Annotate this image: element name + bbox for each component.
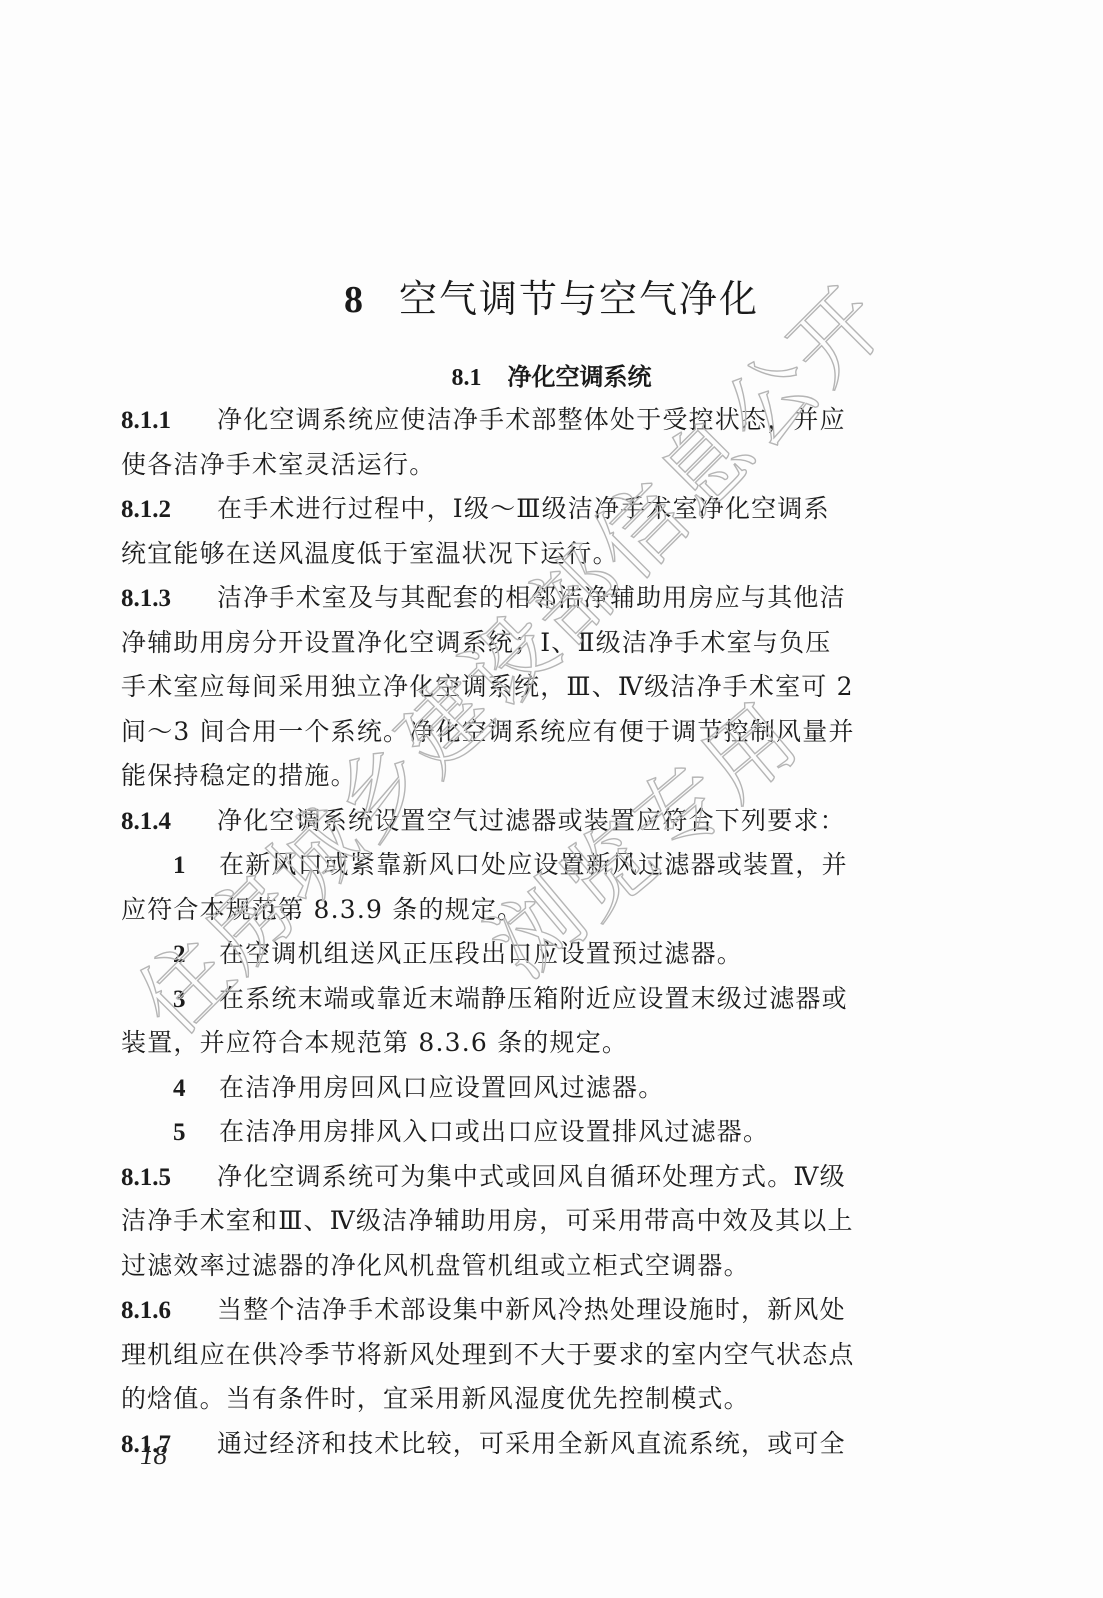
clause-8-1-3-line: 8.1.3洁净手术室及与其配套的相邻洁净辅助用房应与其他洁 — [121, 576, 921, 621]
text-line: 的焓值。当有条件时，宜采用新风湿度优先控制模式。 — [121, 1377, 921, 1422]
line-text: 统宜能够在送风温度低于室温状况下运行。 — [121, 539, 619, 568]
clause-number: 8.1.3 — [121, 577, 217, 622]
text-line: 手术室应每间采用独立净化空调系统，Ⅲ、Ⅳ级洁净手术室可 2 — [121, 665, 921, 710]
text-line: 使各洁净手术室灵活运行。 — [121, 443, 921, 488]
clause-number: 8.1.1 — [121, 399, 217, 444]
clause-8-1-1-line: 8.1.1净化空调系统应使洁净手术部整体处于受控状态，并应 — [121, 398, 921, 443]
chapter-title: 8空气调节与空气净化 — [0, 268, 1103, 323]
page-number: 18 — [140, 1440, 167, 1471]
item-number: 4 — [173, 1067, 219, 1112]
item-number: 2 — [173, 933, 219, 978]
line-text: 在系统末端或靠近末端静压箱附近应设置末级过滤器或 — [219, 984, 848, 1013]
line-text: 在洁净用房排风入口或出口应设置排风过滤器。 — [219, 1117, 769, 1146]
list-item-3: 3在系统末端或靠近末端静压箱附近应设置末级过滤器或 — [121, 977, 921, 1022]
line-text: 能保持稳定的措施。 — [121, 761, 357, 790]
line-text: 在手术进行过程中，Ⅰ级～Ⅲ级洁净手术室净化空调系 — [217, 494, 830, 523]
clause-number: 8.1.4 — [121, 800, 217, 845]
document-page: 8空气调节与空气净化 8.1净化空调系统 8.1.1净化空调系统应使洁净手术部整… — [0, 0, 1103, 1598]
text-line: 洁净手术室和Ⅲ、Ⅳ级洁净辅助用房，可采用带高中效及其以上 — [121, 1199, 921, 1244]
text-line: 能保持稳定的措施。 — [121, 754, 921, 799]
item-number: 3 — [173, 978, 219, 1023]
line-text: 通过经济和技术比较，可采用全新风直流系统，或可全 — [217, 1429, 846, 1458]
section-title: 8.1净化空调系统 — [0, 357, 1103, 392]
line-text: 的焓值。当有条件时，宜采用新风湿度优先控制模式。 — [121, 1384, 750, 1413]
line-text: 在新风口或紧靠新风口处应设置新风过滤器或装置，并 — [219, 850, 848, 879]
text-line: 理机组应在供冷季节将新风处理到不大于要求的室内空气状态点 — [121, 1333, 921, 1378]
line-text: 使各洁净手术室灵活运行。 — [121, 450, 435, 479]
clause-8-1-6-line: 8.1.6当整个洁净手术部设集中新风冷热处理设施时，新风处 — [121, 1288, 921, 1333]
list-item-1: 1在新风口或紧靠新风口处应设置新风过滤器或装置，并 — [121, 843, 921, 888]
line-text: 在洁净用房回风口应设置回风过滤器。 — [219, 1073, 664, 1102]
text-line: 应符合本规范第 8.3.9 条的规定。 — [121, 888, 921, 933]
body-text: 8.1.1净化空调系统应使洁净手术部整体处于受控状态，并应 使各洁净手术室灵活运… — [121, 398, 921, 1466]
line-text: 装置，并应符合本规范第 8.3.6 条的规定。 — [121, 1028, 628, 1057]
line-text: 手术室应每间采用独立净化空调系统，Ⅲ、Ⅳ级洁净手术室可 2 — [121, 672, 854, 701]
line-text: 间～3 间合用一个系统。净化空调系统应有便于调节控制风量并 — [121, 717, 855, 746]
clause-8-1-2-line: 8.1.2在手术进行过程中，Ⅰ级～Ⅲ级洁净手术室净化空调系 — [121, 487, 921, 532]
list-item-2: 2在空调机组送风正压段出口应设置预过滤器。 — [121, 932, 921, 977]
clause-8-1-4-line: 8.1.4净化空调系统设置空气过滤器或装置应符合下列要求： — [121, 799, 921, 844]
line-text: 洁净手术室和Ⅲ、Ⅳ级洁净辅助用房，可采用带高中效及其以上 — [121, 1206, 854, 1235]
chapter-title-text: 空气调节与空气净化 — [399, 277, 759, 321]
clause-8-1-5-line: 8.1.5净化空调系统可为集中式或回风自循环处理方式。Ⅳ级 — [121, 1155, 921, 1200]
item-number: 1 — [173, 844, 219, 889]
line-text: 洁净手术室及与其配套的相邻洁净辅助用房应与其他洁 — [217, 583, 846, 612]
line-text: 过滤效率过滤器的净化风机盘管机组或立柜式空调器。 — [121, 1251, 750, 1280]
list-item-5: 5在洁净用房排风入口或出口应设置排风过滤器。 — [121, 1110, 921, 1155]
text-line: 间～3 间合用一个系统。净化空调系统应有便于调节控制风量并 — [121, 710, 921, 755]
line-text: 净化空调系统应使洁净手术部整体处于受控状态，并应 — [217, 405, 846, 434]
text-line: 过滤效率过滤器的净化风机盘管机组或立柜式空调器。 — [121, 1244, 921, 1289]
line-text: 净辅助用房分开设置净化空调系统；Ⅰ、Ⅱ级洁净手术室与负压 — [121, 628, 831, 657]
text-line: 统宜能够在送风温度低于室温状况下运行。 — [121, 532, 921, 577]
line-text: 净化空调系统可为集中式或回风自循环处理方式。Ⅳ级 — [217, 1162, 846, 1191]
line-text: 净化空调系统设置空气过滤器或装置应符合下列要求： — [217, 806, 846, 835]
clause-8-1-7-line: 8.1.7通过经济和技术比较，可采用全新风直流系统，或可全 — [121, 1422, 921, 1467]
text-line: 装置，并应符合本规范第 8.3.6 条的规定。 — [121, 1021, 921, 1066]
clause-number: 8.1.2 — [121, 488, 217, 533]
section-number: 8.1 — [452, 365, 482, 391]
clause-number: 8.1.6 — [121, 1289, 217, 1334]
list-item-4: 4在洁净用房回风口应设置回风过滤器。 — [121, 1066, 921, 1111]
line-text: 在空调机组送风正压段出口应设置预过滤器。 — [219, 939, 743, 968]
line-text: 应符合本规范第 8.3.9 条的规定。 — [121, 895, 523, 924]
clause-number: 8.1.5 — [121, 1156, 217, 1201]
clause-number: 8.1.7 — [121, 1423, 217, 1468]
chapter-number: 8 — [344, 279, 365, 321]
line-text: 当整个洁净手术部设集中新风冷热处理设施时，新风处 — [217, 1295, 846, 1324]
item-number: 5 — [173, 1111, 219, 1156]
text-line: 净辅助用房分开设置净化空调系统；Ⅰ、Ⅱ级洁净手术室与负压 — [121, 621, 921, 666]
line-text: 理机组应在供冷季节将新风处理到不大于要求的室内空气状态点 — [121, 1340, 855, 1369]
section-title-text: 净化空调系统 — [508, 363, 652, 391]
